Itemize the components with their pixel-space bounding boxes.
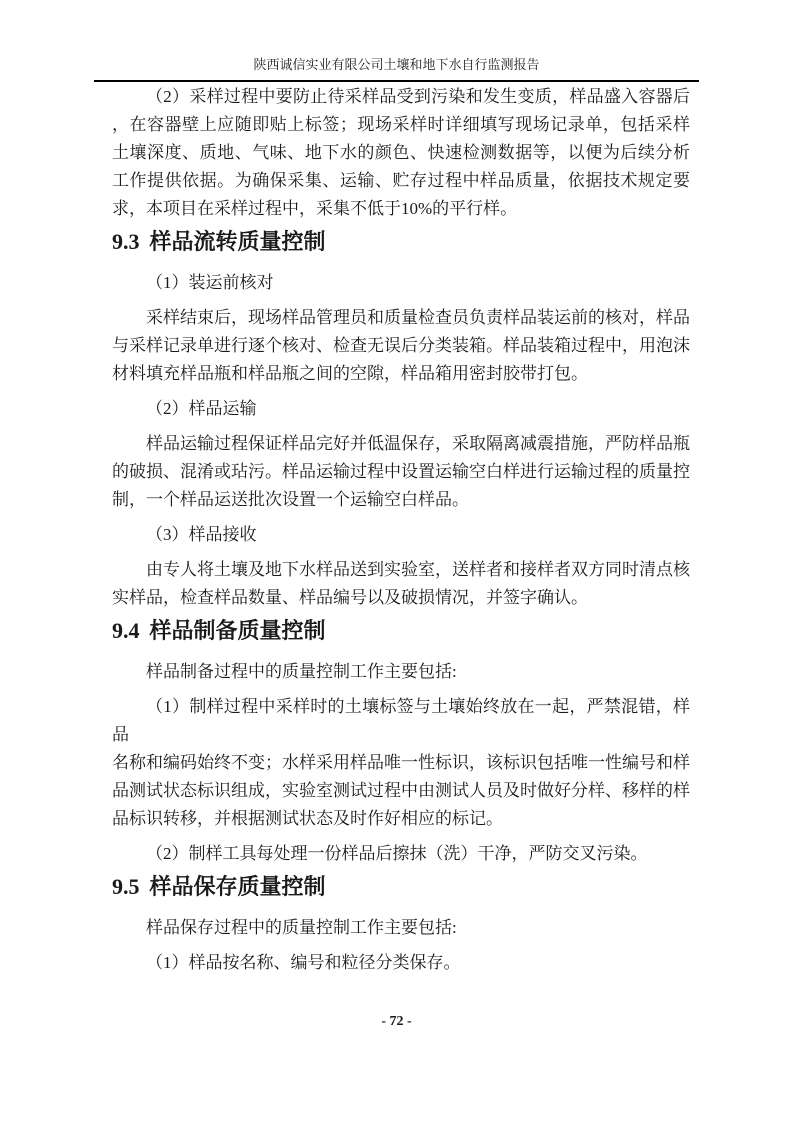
body-line: 品测试状态标识组成，实验室测试过程中由测试人员及时做好分样、移样的样 [112, 777, 690, 805]
body-line: （1）制样过程中采样时的土壤标签与土壤始终放在一起，严禁混错，样品 [112, 693, 690, 749]
document-page: 陕西诚信实业有限公司土壤和地下水自行监测报告 （2）采样过程中要防止待采样品受到… [0, 0, 793, 1122]
body-paragraph: （1）样品按名称、编号和粒径分类保存。 [112, 949, 690, 977]
body-line: 实样品，检查样品数量、样品编号以及破损情况，并签字确认。 [112, 584, 690, 612]
heading-title: 样品制备质量控制 [150, 618, 326, 643]
body-line: （3）样品接收 [112, 521, 690, 549]
body-line: 求，本项目在采样过程中，采集不低于10%的平行样。 [112, 195, 690, 223]
heading-title: 样品流转质量控制 [150, 229, 326, 254]
body-line: 名称和编码始终不变；水样采用样品唯一性标识，该标识包括唯一性编号和样 [112, 749, 690, 777]
section-heading: 9.4样品制备质量控制 [112, 616, 690, 646]
body-line: （1）样品按名称、编号和粒径分类保存。 [112, 949, 690, 977]
body-line: 制，一个样品运送批次设置一个运输空白样品。 [112, 486, 690, 514]
body-line: （1）装运前核对 [112, 269, 690, 297]
body-line: 工作提供依据。为确保采集、运输、贮存过程中样品质量，依据技术规定要 [112, 167, 690, 195]
body-line: 与采样记录单进行逐个核对、检查无误后分类装箱。样品装箱过程中，用泡沫 [112, 332, 690, 360]
body-line: 样品制备过程中的质量控制工作主要包括: [112, 658, 690, 686]
heading-number: 9.3 [112, 229, 140, 254]
body-paragraph: 由专人将土壤及地下水样品送到实验室，送样者和接样者双方同时清点核实样品，检查样品… [112, 556, 690, 612]
body-line: （2）制样工具每处理一份样品后擦抹（洗）干净，严防交叉污染。 [112, 840, 690, 868]
body-paragraph: 样品运输过程保证样品完好并低温保存，采取隔离减震措施，严防样品瓶的破损、混淆或玷… [112, 430, 690, 514]
body-line: ，在容器壁上应随即贴上标签；现场采样时详细填写现场记录单，包括采样 [112, 111, 690, 139]
section-heading: 9.5样品保存质量控制 [112, 872, 690, 902]
content: （2）采样过程中要防止待采样品受到污染和发生变质，样品盛入容器后，在容器壁上应随… [112, 83, 690, 977]
body-paragraph: （2）样品运输 [112, 395, 690, 423]
body-line: 的破损、混淆或玷污。样品运输过程中设置运输空白样进行运输过程的质量控 [112, 458, 690, 486]
body-line: 采样结束后，现场样品管理员和质量检查员负责样品装运前的核对，样品 [112, 304, 690, 332]
page-header: 陕西诚信实业有限公司土壤和地下水自行监测报告 [94, 57, 699, 82]
body-line: 土壤深度、质地、气味、地下水的颜色、快速检测数据等，以便为后续分析 [112, 139, 690, 167]
body-paragraph: （2）制样工具每处理一份样品后擦抹（洗）干净，严防交叉污染。 [112, 840, 690, 868]
section-heading: 9.3样品流转质量控制 [112, 227, 690, 257]
body-line: 样品运输过程保证样品完好并低温保存，采取隔离减震措施，严防样品瓶 [112, 430, 690, 458]
body-line: （2）采样过程中要防止待采样品受到污染和发生变质，样品盛入容器后 [112, 83, 690, 111]
body-paragraph: （3）样品接收 [112, 521, 690, 549]
body-line: 材料填充样品瓶和样品瓶之间的空隙，样品箱用密封胶带打包。 [112, 360, 690, 388]
body-paragraph: 样品制备过程中的质量控制工作主要包括: [112, 658, 690, 686]
body-paragraph: 采样结束后，现场样品管理员和质量检查员负责样品装运前的核对，样品与采样记录单进行… [112, 304, 690, 388]
body-paragraph: 样品保存过程中的质量控制工作主要包括: [112, 914, 690, 942]
heading-number: 9.5 [112, 874, 140, 899]
body-line: 由专人将土壤及地下水样品送到实验室，送样者和接样者双方同时清点核 [112, 556, 690, 584]
body-paragraph: （1）制样过程中采样时的土壤标签与土壤始终放在一起，严禁混错，样品名称和编码始终… [112, 693, 690, 833]
page-number: - 72 - [0, 1008, 793, 1036]
body-line: 品标识转移，并根据测试状态及时作好相应的标记。 [112, 805, 690, 833]
header-title: 陕西诚信实业有限公司土壤和地下水自行监测报告 [253, 57, 539, 72]
body-line: 样品保存过程中的质量控制工作主要包括: [112, 914, 690, 942]
body-paragraph: （2）采样过程中要防止待采样品受到污染和发生变质，样品盛入容器后，在容器壁上应随… [112, 83, 690, 223]
heading-title: 样品保存质量控制 [150, 874, 326, 899]
body-line: （2）样品运输 [112, 395, 690, 423]
heading-number: 9.4 [112, 618, 140, 643]
body-paragraph: （1）装运前核对 [112, 269, 690, 297]
